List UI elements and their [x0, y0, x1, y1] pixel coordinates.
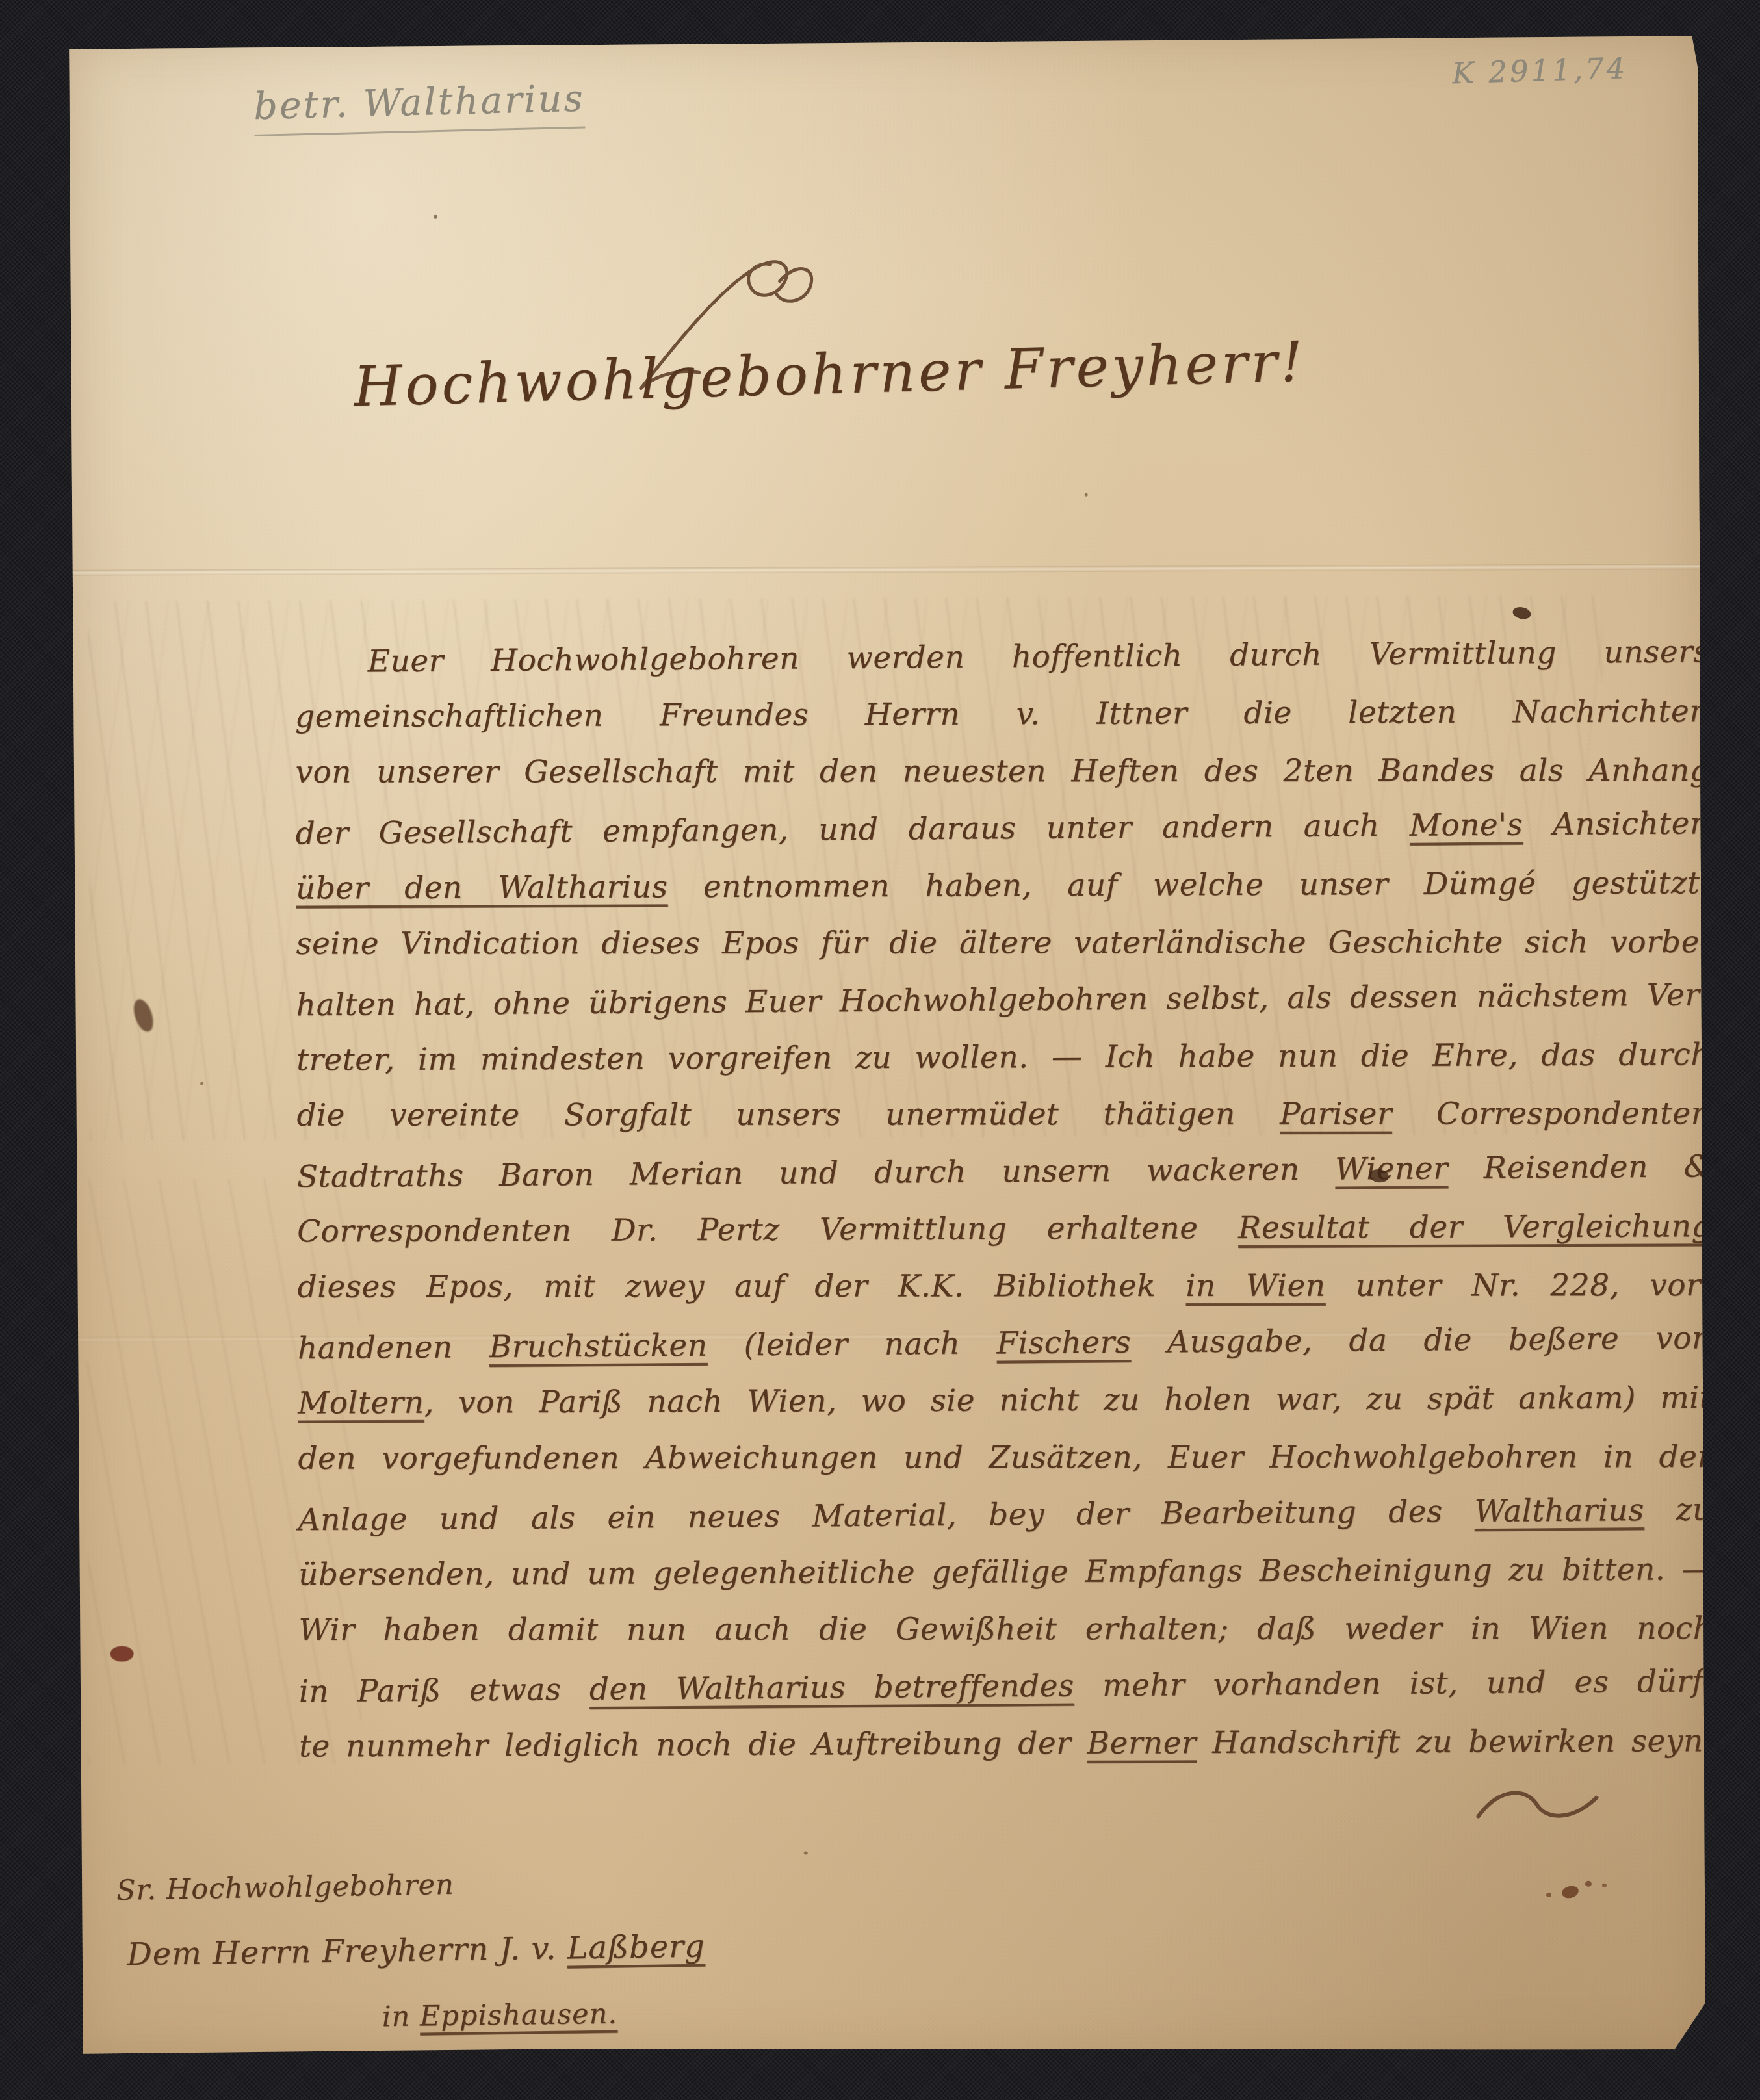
body-line: gemeinschaftlichen Freundes Herrn v. Itt…: [295, 683, 1709, 745]
text-segment: handenen: [298, 1329, 489, 1366]
archival-catalog-number: K 2911,74: [1452, 51, 1628, 90]
text-segment: Sr. Hochwohlgebohren: [116, 1869, 455, 1907]
underlined-text: den Waltharius betreffendes: [589, 1668, 1074, 1707]
text-segment: in: [382, 2000, 420, 2033]
scanned-letter-photo: betr. Waltharius K 2911,74 Hochwohlgeboh…: [0, 0, 1760, 2100]
body-line: die vereinte Sorgfalt unsers unermüdet t…: [296, 1085, 1711, 1145]
address-line: Sr. Hochwohlgebohren: [116, 1848, 705, 1923]
text-segment: Reisenden &: [1448, 1148, 1711, 1186]
text-segment: (leider nach: [707, 1325, 996, 1363]
salutation: Hochwohlgebohrner Freyherr!: [353, 332, 1225, 420]
text-segment: Stadtraths Baron Merian und durch unsern…: [297, 1152, 1336, 1195]
text-segment: Correspondenten: [1392, 1096, 1711, 1132]
text-segment: der Gesellschaft empfangen, und daraus u…: [296, 808, 1410, 852]
underlined-text: Waltharius: [1474, 1492, 1644, 1529]
underlined-text: über den Waltharius: [296, 869, 668, 906]
body-line: handenen Bruchstücken (leider nach Fisch…: [297, 1310, 1712, 1377]
underlined-text: Moltern: [298, 1385, 424, 1421]
ink-splatter: [1560, 1884, 1580, 1900]
body-line: seine Vindication dieses Epos für die äl…: [296, 914, 1710, 973]
text-segment: , von Pariß nach Wien, wo sie nicht zu h…: [424, 1380, 1712, 1421]
body-line: Correspondenten Dr. Pertz Vermittlung er…: [297, 1198, 1711, 1260]
text-segment: zu: [1644, 1492, 1713, 1528]
text-segment: halten hat, ohne übrigens Euer Hochwohlg…: [296, 977, 1711, 1023]
text-segment: te nunmehr lediglich noch die Auftreibun…: [299, 1726, 1087, 1765]
underlined-text: in Wien: [1185, 1268, 1325, 1304]
text-segment: den vorgefundenen Abweichungen und Zusät…: [298, 1439, 1712, 1477]
address-line: Dem Herrn Freyherrn J. v. Laßberg: [127, 1913, 706, 1987]
underlined-text: Eppishausen.: [420, 1998, 618, 2033]
address-block: Sr. HochwohlgebohrenDem Herrn Freyherrn …: [109, 1852, 706, 2049]
text-segment: Wir haben damit nun auch die Gewißheit e…: [298, 1611, 1713, 1648]
ink-splatter: [1602, 1884, 1607, 1887]
body-line: Wir haben damit nun auch die Gewißheit e…: [298, 1600, 1713, 1659]
body-line: den vorgefundenen Abweichungen und Zusät…: [298, 1429, 1712, 1488]
text-segment: von unserer Gesellschaft mit den neueste…: [295, 753, 1709, 790]
underlined-text: Berner: [1087, 1725, 1197, 1761]
body-line: von unserer Gesellschaft mit den neueste…: [295, 742, 1709, 801]
body-line: Moltern, von Pariß nach Wien, wo sie nic…: [298, 1369, 1712, 1432]
ink-speck: [434, 215, 437, 219]
letter-body: Euer Hochwohlgebohren werden hoffentlich…: [295, 626, 1714, 1775]
underlined-text: Fischers: [996, 1325, 1131, 1362]
fold-crease: [71, 564, 1700, 576]
body-line: über den Waltharius entnommen haben, auf…: [296, 855, 1710, 917]
text-segment: Correspondenten Dr. Pertz Vermittlung er…: [297, 1210, 1238, 1250]
text-segment: in Pariß etwas: [299, 1672, 589, 1709]
body-line: übersenden, und um gelegenheitliche gefä…: [298, 1541, 1713, 1603]
ink-speck: [1085, 493, 1088, 497]
underlined-text: Laßberg: [567, 1928, 705, 1966]
text-segment: die vereinte Sorgfalt unsers unermüdet t…: [296, 1096, 1280, 1134]
letter-paper: betr. Waltharius K 2911,74 Hochwohlgeboh…: [69, 36, 1705, 2056]
body-line: in Pariß etwas den Waltharius betreffend…: [298, 1653, 1713, 1720]
address-line: in Eppishausen.: [382, 1980, 706, 2049]
text-segment: Euer Hochwohlgebohren werden hoffentlich…: [368, 634, 1709, 679]
text-segment: Handschrift zu bewirken seyn.: [1197, 1723, 1713, 1761]
underlined-text: Mone's: [1409, 807, 1523, 843]
text-segment: dieses Epos, mit zwey auf der K.K. Bibli…: [297, 1268, 1185, 1305]
ink-speck: [804, 1851, 808, 1854]
ink-blot: [110, 1646, 134, 1661]
text-segment: Dem Herrn Freyherrn J. v.: [127, 1930, 567, 1973]
body-line: dieses Epos, mit zwey auf der K.K. Bibli…: [297, 1257, 1711, 1316]
ink-splatter: [1546, 1893, 1551, 1897]
body-line: treter, im mindesten vorgreifen zu wolle…: [296, 1026, 1711, 1089]
text-segment: Ausgabe, da die beßere von: [1131, 1320, 1712, 1360]
body-line: Euer Hochwohlgebohren werden hoffentlich…: [294, 623, 1709, 691]
body-line: Stadtraths Baron Merian und durch unsern…: [296, 1138, 1711, 1206]
text-segment: Anlage und als ein neues Material, bey d…: [298, 1494, 1475, 1538]
text-segment: mehr vorhanden ist, und es dürf-: [1074, 1663, 1713, 1704]
underlined-text: Bruchstücken: [489, 1328, 707, 1365]
ink-speck: [1645, 813, 1649, 816]
body-line: halten hat, ohne übrigens Euer Hochwohlg…: [296, 966, 1711, 1034]
text-segment: unter Nr. 228, vor-: [1326, 1267, 1712, 1304]
text-segment: treter, im mindesten vorgreifen zu wolle…: [296, 1037, 1711, 1078]
text-segment: seine Vindication dieses Epos für die äl…: [296, 924, 1710, 962]
body-line: Anlage und als ein neues Material, bey d…: [298, 1481, 1713, 1549]
body-line: te nunmehr lediglich noch die Auftreibun…: [299, 1713, 1713, 1775]
body-line: der Gesellschaft empfangen, und daraus u…: [295, 795, 1710, 862]
underlined-text: Wiener: [1335, 1150, 1448, 1187]
ink-speck: [200, 1082, 203, 1085]
text-segment: übersenden, und um gelegenheitliche gefä…: [298, 1551, 1713, 1592]
closing-flourish-icon: [1473, 1773, 1603, 1841]
ink-splatter: [1585, 1881, 1592, 1887]
archival-subject-note: betr. Waltharius: [253, 77, 586, 136]
underlined-text: Resultat der Vergleichung: [1238, 1208, 1711, 1246]
text-segment: Ansichten: [1523, 805, 1710, 842]
text-segment: gemeinschaftlichen Freundes Herrn v. Itt…: [295, 694, 1709, 734]
text-segment: entnommen haben, auf welche unser Dümgé …: [667, 865, 1710, 905]
underlined-text: Pariser: [1280, 1096, 1392, 1132]
